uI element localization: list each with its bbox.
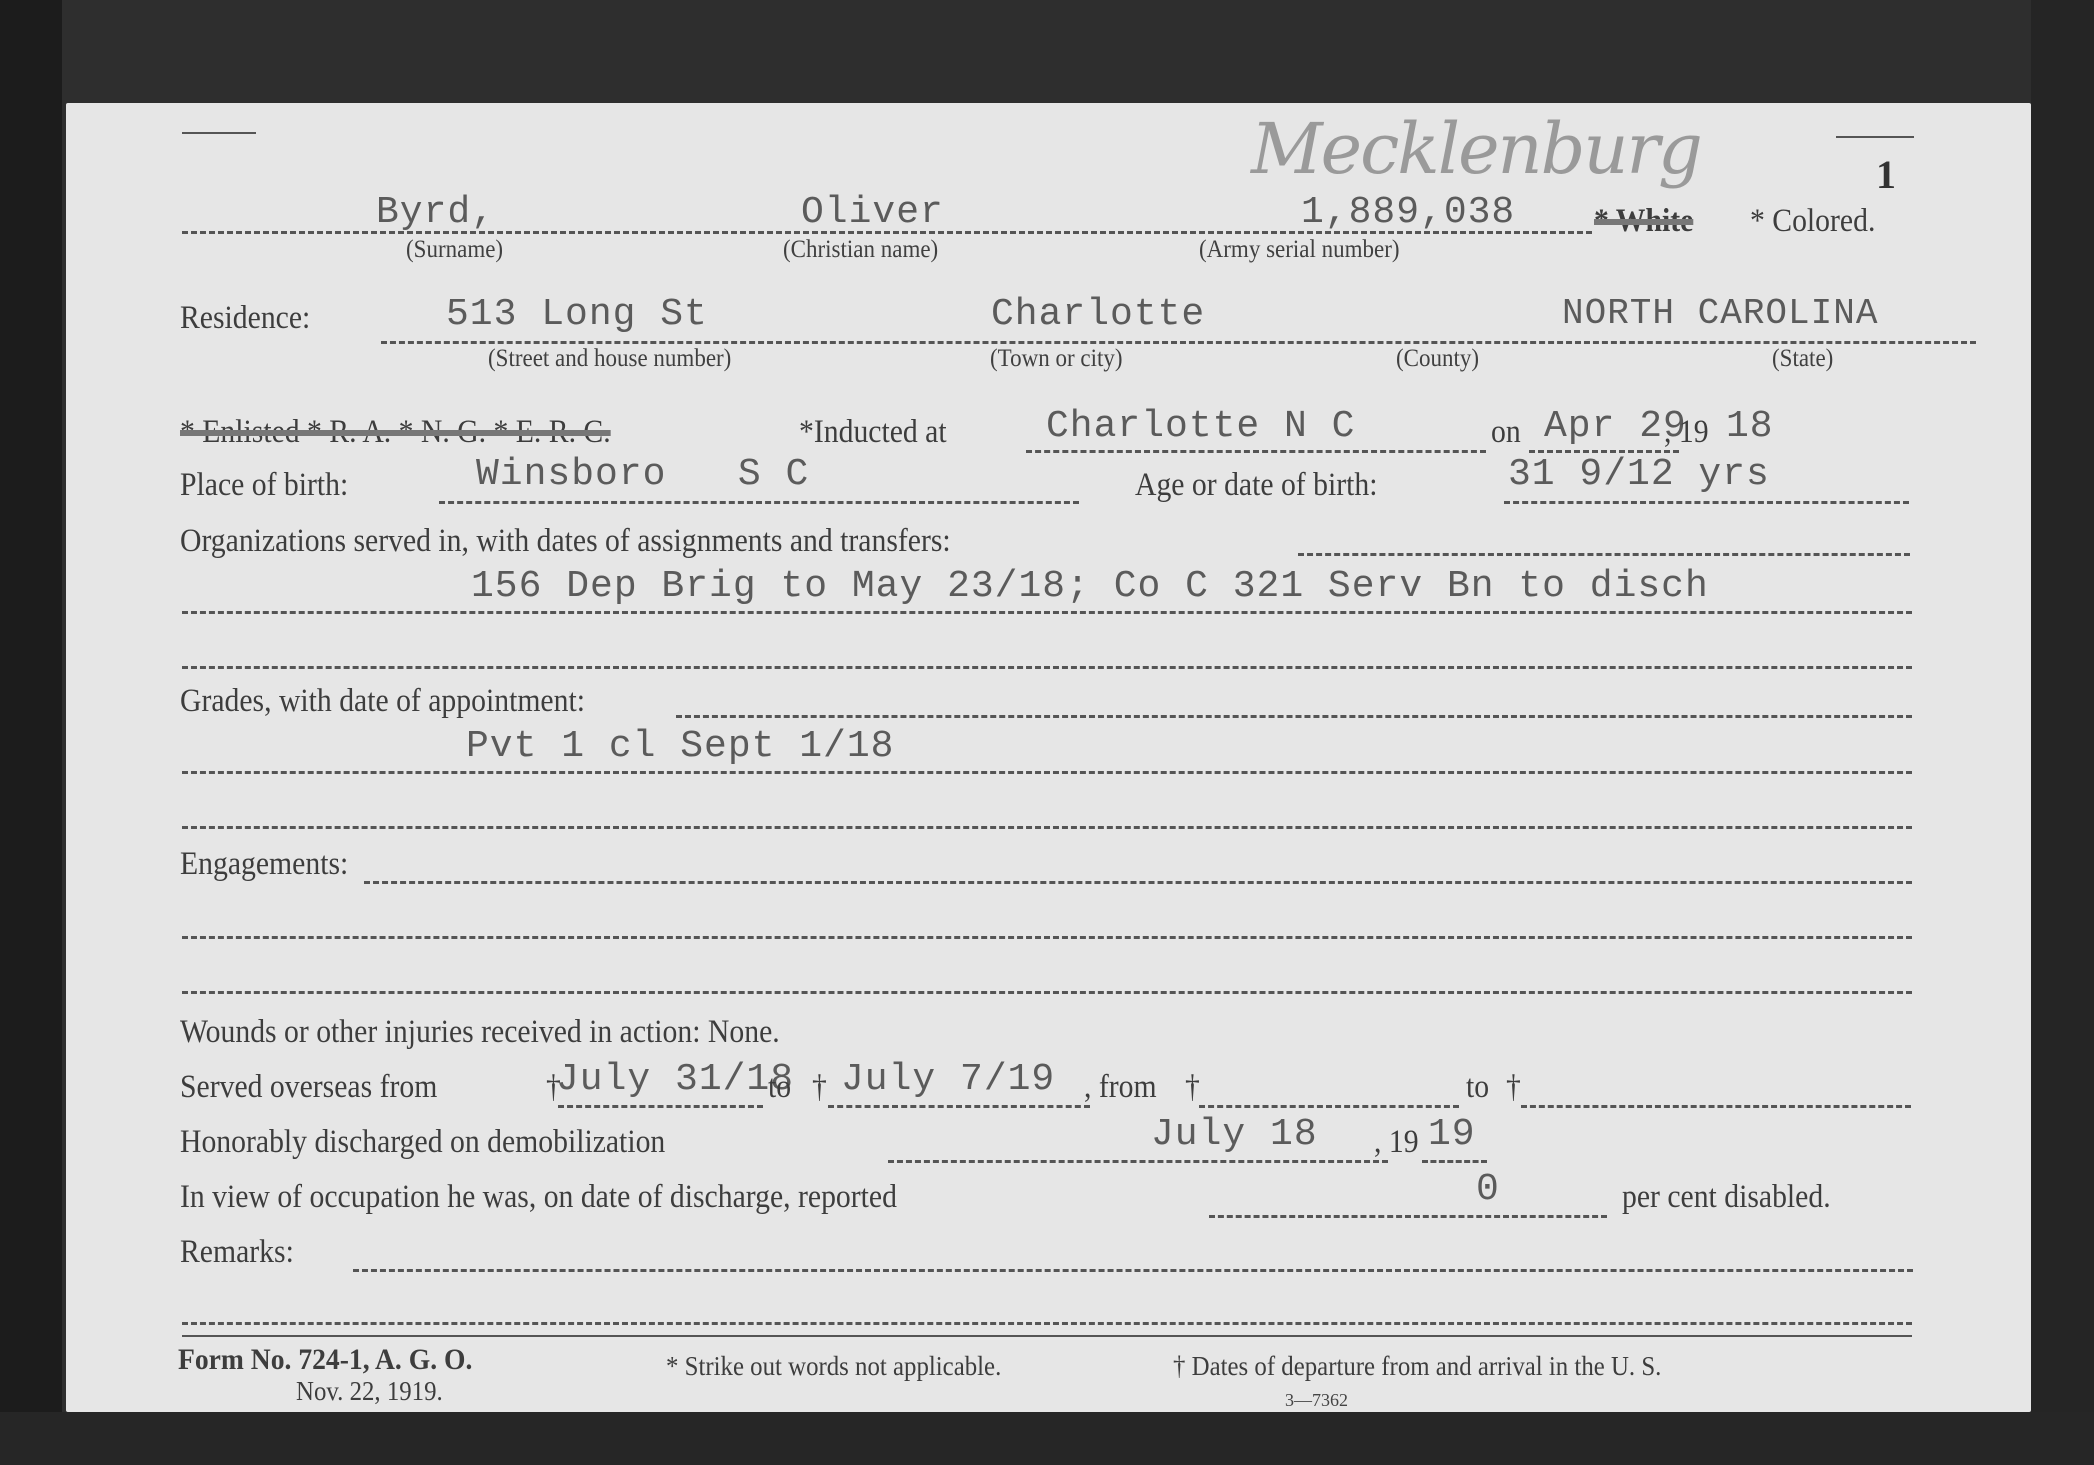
organizations-line-2 — [182, 611, 1912, 614]
discharge-year-line — [1422, 1160, 1487, 1163]
top-left-mark — [182, 132, 256, 134]
engagements-line-1 — [364, 881, 1912, 884]
organizations-line-3 — [182, 666, 1912, 669]
grades-line-1 — [676, 715, 1912, 718]
surname-caption: (Surname) — [406, 236, 503, 264]
print-code: 3—7362 — [1285, 1390, 1348, 1411]
residence-line — [381, 341, 1976, 344]
dagger-mark: † — [1506, 1069, 1521, 1106]
dagger-mark: † — [812, 1069, 827, 1106]
age-value: 31 9/12 yrs — [1508, 453, 1770, 496]
organizations-label: Organizations served in, with dates of a… — [180, 523, 951, 560]
handwritten-county: Mecklenburg — [1251, 108, 1701, 190]
county-caption: (County) — [1396, 345, 1479, 373]
age-line — [1504, 501, 1909, 504]
grades-label: Grades, with date of appointment: — [180, 683, 585, 720]
town-value: Charlotte — [991, 293, 1205, 336]
remarks-label: Remarks: — [180, 1234, 294, 1271]
christian-name-caption: (Christian name) — [783, 236, 938, 264]
grades-line-2 — [182, 771, 1912, 774]
overseas-to1-line — [828, 1105, 1090, 1108]
engagements-label: Engagements: — [180, 846, 348, 883]
serial-number-value: 1,889,038 — [1301, 191, 1515, 234]
surname-value: Byrd, — [376, 191, 495, 234]
state-value: NORTH CAROLINA — [1562, 293, 1878, 334]
overseas-to1-value: July 7/19 — [841, 1058, 1055, 1101]
overseas-from2-line — [1199, 1105, 1459, 1108]
town-caption: (Town or city) — [990, 345, 1123, 373]
on-label: on — [1491, 414, 1521, 451]
disability-label: In view of occupation he was, on date of… — [180, 1179, 897, 1216]
discharge-date-line — [888, 1160, 1388, 1163]
induction-year-prefix: , 19 — [1664, 414, 1709, 451]
service-record-card: 1 Mecklenburg Byrd, Oliver 1,889,038 (Su… — [66, 103, 2031, 1412]
form-date: Nov. 22, 1919. — [296, 1376, 443, 1407]
age-label: Age or date of birth: — [1135, 467, 1377, 504]
race-option-colored: * Colored. — [1750, 203, 1875, 240]
serial-number-caption: (Army serial number) — [1199, 236, 1400, 264]
induction-place-line — [1026, 450, 1486, 453]
organizations-value: 156 Dep Brig to May 23/18; Co C 321 Serv… — [471, 565, 1709, 608]
dates-note: † Dates of departure from and arrival in… — [1173, 1351, 1661, 1382]
wounds-label: Wounds or other injuries received in act… — [180, 1014, 780, 1051]
residence-label: Residence: — [180, 300, 310, 337]
overseas-to-label: to — [768, 1069, 791, 1106]
overseas-from1-value: July 31/18 — [556, 1058, 794, 1101]
dagger-mark: † — [1185, 1069, 1200, 1106]
overseas-to2-label: to — [1466, 1069, 1489, 1106]
street-caption: (Street and house number) — [488, 345, 731, 373]
overseas-from2-label: , from — [1084, 1069, 1157, 1106]
remarks-line-1 — [353, 1269, 1913, 1272]
engagements-line-2 — [182, 936, 1912, 939]
discharge-year-value: 19 — [1428, 1113, 1476, 1156]
inducted-label: *Inducted at — [799, 414, 947, 451]
street-value: 513 Long St — [446, 293, 708, 336]
remarks-line-2 — [182, 1322, 1912, 1325]
enlistment-options-struck: * Enlisted * R. A. * N. G. * E. R. C. — [180, 414, 611, 451]
form-number: Form No. 724-1, A. G. O. — [178, 1343, 472, 1377]
induction-year-value: 18 — [1726, 405, 1774, 448]
disability-line — [1209, 1215, 1607, 1218]
disability-suffix: per cent disabled. — [1622, 1179, 1831, 1216]
organizations-line-1 — [1298, 553, 1910, 556]
discharge-label: Honorably discharged on demobilization — [180, 1124, 665, 1161]
birthplace-label: Place of birth: — [180, 467, 348, 504]
discharge-year-prefix: , 19 — [1374, 1124, 1419, 1161]
grades-value: Pvt 1 cl Sept 1/18 — [466, 725, 894, 768]
christian-name-value: Oliver — [801, 191, 944, 234]
grades-line-3 — [182, 826, 1912, 829]
strike-note: * Strike out words not applicable. — [666, 1351, 1001, 1382]
discharge-date-value: July 18 — [1151, 1113, 1318, 1156]
induction-place-value: Charlotte N C — [1046, 405, 1355, 448]
birthplace-value: Winsboro S C — [476, 453, 809, 496]
overseas-label: Served overseas from — [180, 1069, 437, 1106]
background-edge-bottom — [0, 1412, 2094, 1465]
birthplace-line — [439, 501, 1079, 504]
overseas-to2-line — [1521, 1105, 1911, 1108]
race-option-white: * White — [1594, 203, 1693, 240]
top-right-mark — [1836, 136, 1914, 138]
binder-edge — [0, 0, 62, 1465]
disability-percent-value: 0 — [1476, 1168, 1500, 1211]
card-number: 1 — [1876, 151, 1896, 198]
engagements-line-3 — [182, 991, 1912, 994]
state-caption: (State) — [1772, 345, 1833, 373]
overseas-from1-line — [558, 1105, 763, 1108]
background-edge — [2031, 0, 2094, 1465]
footer-rule — [182, 1335, 1912, 1337]
